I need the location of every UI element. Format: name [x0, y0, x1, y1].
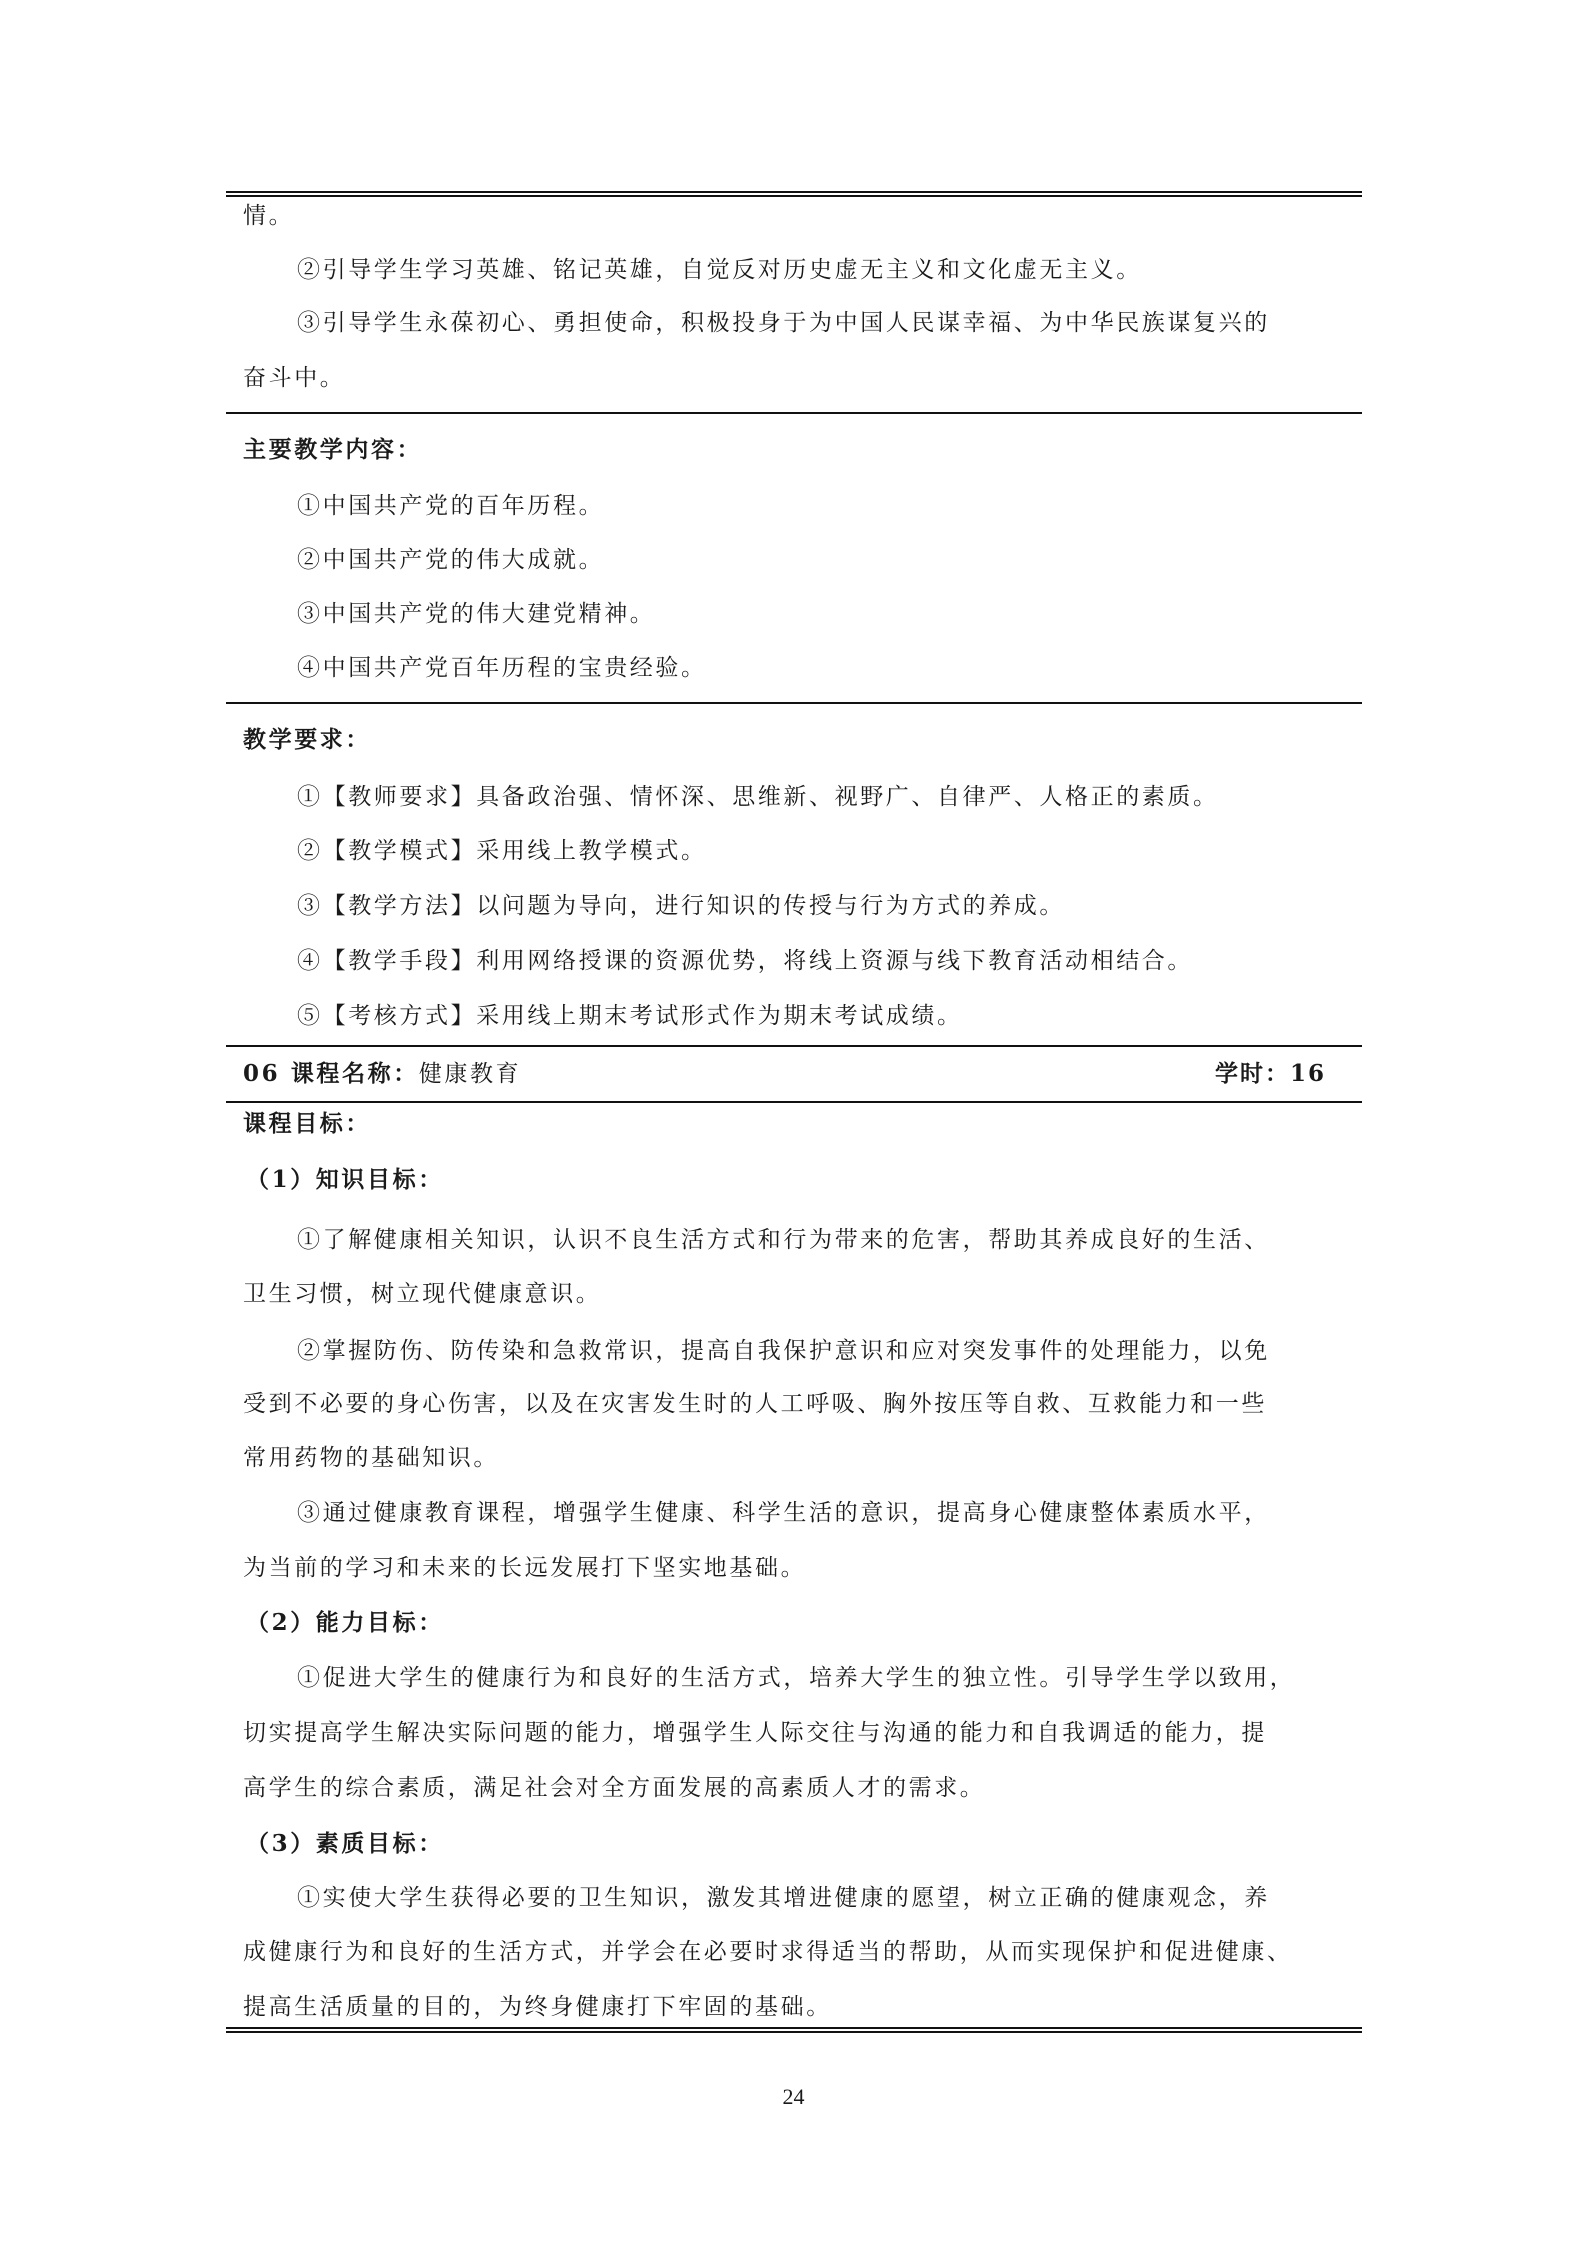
- course-hours: 学时：16: [1215, 1059, 1326, 1089]
- list-item: ②【教学模式】采用线上教学模式。: [297, 836, 707, 866]
- list-item: ①【教师要求】具备政治强、情怀深、思维新、视野广、自律严、人格正的素质。: [297, 782, 1219, 812]
- paragraph-line: ①促进大学生的健康行为和良好的生活方式，培养大学生的独立性。引导学生学以致用，: [297, 1663, 1295, 1693]
- paragraph-line: 切实提高学生解决实际问题的能力，增强学生人际交往与沟通的能力和自我调适的能力，提: [243, 1718, 1267, 1748]
- course-name: 健康教育: [419, 1061, 521, 1087]
- section-heading-teaching-requirements: 教学要求：: [243, 725, 371, 755]
- paragraph-line: 为当前的学习和未来的长远发展打下坚实地基础。: [243, 1553, 806, 1583]
- paragraph-line: ②掌握防伤、防传染和急救常识，提高自我保护意识和应对突发事件的处理能力，以免: [297, 1336, 1270, 1366]
- paragraph-line: 情。: [243, 201, 294, 231]
- paragraph-line: 受到不必要的身心伤害，以及在灾害发生时的人工呼吸、胸外按压等自救、互救能力和一些: [243, 1389, 1267, 1419]
- paragraph-line: ①了解健康相关知识，认识不良生活方式和行为带来的危害，帮助其养成良好的生活、: [297, 1225, 1270, 1255]
- list-item: ③【教学方法】以问题为导向，进行知识的传授与行为方式的养成。: [297, 891, 1065, 921]
- paragraph-line: 成健康行为和良好的生活方式，并学会在必要时求得适当的帮助，从而实现保护和促进健康…: [243, 1937, 1293, 1967]
- course-hours-label: 学时：: [1215, 1060, 1290, 1087]
- section-heading-course-objectives: 课程目标：: [243, 1109, 371, 1139]
- subheading-ability-objectives: （2）能力目标：: [246, 1608, 444, 1638]
- list-item: ④【教学手段】利用网络授课的资源优势，将线上资源与线下教育活动相结合。: [297, 946, 1193, 976]
- row-divider: [226, 1101, 1362, 1103]
- paragraph-line: 奋斗中。: [243, 363, 345, 393]
- row-divider: [226, 702, 1362, 704]
- paragraph-line: ②引导学生学习英雄、铭记英雄，自觉反对历史虚无主义和文化虚无主义。: [297, 255, 1142, 285]
- row-divider: [226, 1045, 1362, 1047]
- subheading-knowledge-objectives: （1）知识目标：: [246, 1165, 444, 1195]
- row-divider: [226, 412, 1362, 414]
- subheading-quality-objectives: （3）素质目标：: [246, 1829, 444, 1859]
- paragraph-line: ①实使大学生获得必要的卫生知识，激发其增进健康的愿望，树立正确的健康观念，养: [297, 1883, 1270, 1913]
- course-hours-value: 16: [1290, 1060, 1326, 1087]
- course-title-row: 06 课程名称：健康教育: [243, 1059, 521, 1089]
- table-top-border: [226, 191, 1362, 197]
- section-heading-main-content: 主要教学内容：: [243, 435, 422, 465]
- table-bottom-border: [226, 2027, 1362, 2033]
- list-item: ④中国共产党百年历程的宝贵经验。: [297, 653, 707, 683]
- paragraph-line: ③引导学生永葆初心、勇担使命，积极投身于为中国人民谋幸福、为中华民族谋复兴的: [297, 308, 1270, 338]
- list-item: ③中国共产党的伟大建党精神。: [297, 599, 655, 629]
- paragraph-line: 提高生活质量的目的，为终身健康打下牢固的基础。: [243, 1992, 832, 2022]
- list-item: ①中国共产党的百年历程。: [297, 491, 604, 521]
- paragraph-line: ③通过健康教育课程，增强学生健康、科学生活的意识，提高身心健康整体素质水平，: [297, 1498, 1270, 1528]
- page-number: 24: [0, 2084, 1587, 2110]
- list-item: ②中国共产党的伟大成就。: [297, 545, 604, 575]
- paragraph-line: 卫生习惯，树立现代健康意识。: [243, 1279, 601, 1309]
- paragraph-line: 常用药物的基础知识。: [243, 1443, 499, 1473]
- paragraph-line: 高学生的综合素质，满足社会对全方面发展的高素质人才的需求。: [243, 1773, 985, 1803]
- course-number: 06: [243, 1060, 280, 1087]
- course-name-label: 课程名称：: [291, 1060, 419, 1087]
- list-item: ⑤【考核方式】采用线上期末考试形式作为期末考试成绩。: [297, 1001, 963, 1031]
